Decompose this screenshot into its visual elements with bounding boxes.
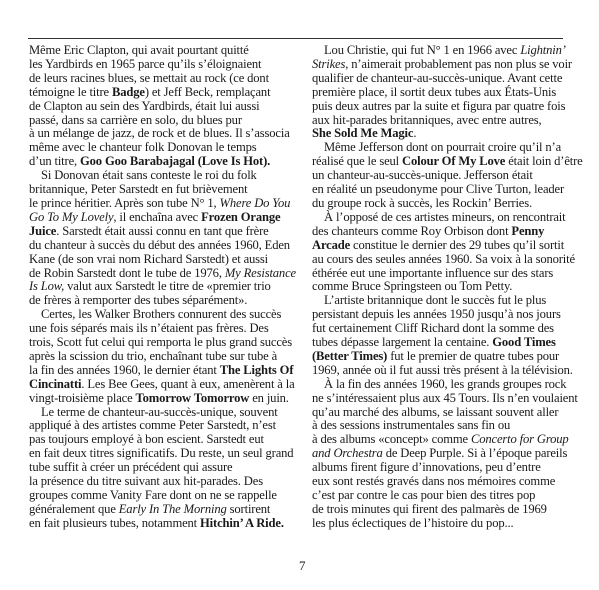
text-run: qu’au marché des albums, se laissant sou… — [312, 405, 558, 419]
text-line: À la fin des années 1960, les grands gro… — [312, 378, 574, 392]
text-run: à des albums «concept» comme — [312, 432, 471, 446]
text-line: L’artiste britannique dont le succès fut… — [312, 294, 574, 308]
text-run: à un mélange de jazz, de rock et de blue… — [29, 126, 290, 140]
header-rule — [28, 38, 563, 39]
text-run: à des sessions instrumentales sans fin o… — [312, 418, 510, 432]
text-line: Cincinatti. Les Bee Gees, quant à eux, a… — [29, 378, 291, 392]
italic-title: Strikes — [312, 57, 345, 71]
text-line: du groupe rock à succès, les Rockin’ Ber… — [312, 197, 574, 211]
italic-title: Concerto for Group — [471, 432, 569, 446]
text-run: en réalité un pseudonyme pour Clive Turt… — [312, 182, 564, 196]
text-line: première place, il sortit deux tubes aux… — [312, 86, 574, 100]
text-run: Certes, les Walker Brothers connurent de… — [41, 307, 281, 321]
text-run: . Sarstedt était aussi connu en tant que… — [56, 224, 268, 238]
text-run: en fait plusieurs tubes, notamment — [29, 516, 200, 530]
text-line: pas toujours employé à bon escient. Sars… — [29, 433, 291, 447]
text-run: Si Donovan était sans conteste le roi du… — [41, 168, 257, 182]
text-run: de frères à remporter des tubes séparéme… — [29, 293, 247, 307]
song-title: (Better Times) — [312, 349, 387, 363]
text-run: du chanteur à succès du début des années… — [29, 238, 290, 252]
text-run: fut le premier de quatre tubes pour — [387, 349, 559, 363]
text-line: trois, Scott fut celui qui remporta le p… — [29, 336, 291, 350]
text-line: Le terme de chanteur-au-succès-unique, s… — [29, 406, 291, 420]
text-line: Arcade constitue le dernier des 29 tubes… — [312, 239, 574, 253]
text-line: Si Donovan était sans conteste le roi du… — [29, 169, 291, 183]
text-run: ne s’intéressaient plus aux 45 Tours. Il… — [312, 391, 578, 405]
italic-title: Early In The Morning — [119, 502, 227, 516]
text-line: au cours des seules années 1960. Sa voix… — [312, 253, 574, 267]
song-title: Hitchin’ A Ride. — [200, 516, 284, 530]
text-line: c’est par contre le cas pour bien des ti… — [312, 489, 574, 503]
text-run: en fait deux titres significatifs. Du re… — [29, 446, 293, 460]
text-run: passé, dans sa carrière en solo, du blue… — [29, 113, 242, 127]
text-run: appliqué à des artistes comme Peter Sars… — [29, 418, 276, 432]
text-line: Lou Christie, qui fut N° 1 en 1966 avec … — [312, 44, 574, 58]
text-run: éthérée eut une importante influence sur… — [312, 266, 553, 280]
text-run: les plus éclectiques de l’histoire du po… — [312, 516, 514, 530]
text-line: la présence du titre suivant aux hit-par… — [29, 475, 291, 489]
text-run: de leurs racines blues, se mettait au ro… — [29, 71, 269, 85]
text-run: Le terme de chanteur-au-succès-unique, s… — [41, 405, 278, 419]
text-run: albums firent figure d’innovations, peu … — [312, 460, 541, 474]
text-run: Kane (de son vrai nom Richard Sarstedt) … — [29, 252, 268, 266]
text-run: tubes dépasse largement la centaine. — [312, 335, 492, 349]
text-line: Is Low, valut aux Sarstedt le titre de «… — [29, 280, 291, 294]
song-title: Goo Goo Barabajagal (Love Is Hot). — [80, 154, 270, 168]
text-run: la présence du titre suivant aux hit-par… — [29, 474, 263, 488]
text-line: puis deux autres par la suite et figura … — [312, 100, 574, 114]
text-run: au cours des seules années 1960. Sa voix… — [312, 252, 575, 266]
text-run: 1969, année où il fut aussi très présent… — [312, 363, 573, 377]
text-line: tube suffit à créer un précédent qui ass… — [29, 461, 291, 475]
text-run: vingt-troisième place — [29, 391, 136, 405]
text-run: du groupe rock à succès, les Rockin’ Ber… — [312, 196, 532, 210]
text-run: . — [413, 126, 416, 140]
text-line: groupes comme Vanity Fare dont on ne se … — [29, 489, 291, 503]
text-line: en fait plusieurs tubes, notamment Hitch… — [29, 517, 291, 531]
text-run: L’artiste britannique dont le succès fut… — [324, 293, 546, 307]
text-run: fut certainement Cliff Richard dont la s… — [312, 321, 554, 335]
text-run: en juin. — [249, 391, 289, 405]
text-run: persistant depuis les années 1950 jusqu’… — [312, 307, 561, 321]
text-line: à des albums «concept» comme Concerto fo… — [312, 433, 574, 447]
text-run: c’est par contre le cas pour bien des ti… — [312, 488, 535, 502]
text-run: même avec le chanteur folk Donovan le te… — [29, 140, 257, 154]
text-line: She Sold Me Magic. — [312, 127, 574, 141]
song-title: Arcade — [312, 238, 350, 252]
text-run: les Yardbirds en 1965 parce qu’ils s’élo… — [29, 57, 261, 71]
text-line: Strikes, n’aimerait probablement pas non… — [312, 58, 574, 72]
text-run: pas toujours employé à bon escient. Sars… — [29, 432, 264, 446]
text-line: après la scission du trio, enchaînant tu… — [29, 350, 291, 364]
song-title: Frozen Orange — [201, 210, 280, 224]
song-title: Cincinatti — [29, 377, 81, 391]
text-run: Même Eric Clapton, qui avait pourtant qu… — [29, 43, 249, 57]
text-run: puis deux autres par la suite et figura … — [312, 99, 565, 113]
text-line: éthérée eut une importante influence sur… — [312, 267, 574, 281]
text-run: d’un titre, — [29, 154, 80, 168]
song-title: Juice — [29, 224, 56, 238]
text-line: de Robin Sarstedt dont le tube de 1976, … — [29, 267, 291, 281]
text-line: une fois séparés mais ils n’étaient pas … — [29, 322, 291, 336]
text-line: tubes dépasse largement la centaine. Goo… — [312, 336, 574, 350]
italic-title: Lightnin’ — [520, 43, 566, 57]
text-run: tube suffit à créer un précédent qui ass… — [29, 460, 232, 474]
text-line: britannique, Peter Sarstedt en fut brièv… — [29, 183, 291, 197]
text-line: passé, dans sa carrière en solo, du blue… — [29, 114, 291, 128]
text-line: ne s’intéressaient plus aux 45 Tours. Il… — [312, 392, 574, 406]
text-line: un chanteur-au-succès-unique. Jefferson … — [312, 169, 574, 183]
text-line: persistant depuis les années 1950 jusqu’… — [312, 308, 574, 322]
text-run: la fin des années 1960, le dernier étant — [29, 363, 220, 377]
text-line: eux sont restés gravés dans nos mémoires… — [312, 475, 574, 489]
text-run: constitue le dernier des 29 tubes qu’il … — [350, 238, 564, 252]
text-run: première place, il sortit deux tubes aux… — [312, 85, 556, 99]
text-line: fut certainement Cliff Richard dont la s… — [312, 322, 574, 336]
text-run: valut aux Sarstedt le titre de «premier … — [64, 279, 271, 293]
text-line: même avec le chanteur folk Donovan le te… — [29, 141, 291, 155]
italic-title: Is Low, — [29, 279, 64, 293]
text-line: réalisé que le seul Colour Of My Love ét… — [312, 155, 574, 169]
text-run: . Les Bee Gees, quant à eux, amenèrent à… — [81, 377, 294, 391]
text-line: Juice. Sarstedt était aussi connu en tan… — [29, 225, 291, 239]
text-run: le prince héritier. Après son tube N° 1, — [29, 196, 220, 210]
text-line: appliqué à des artistes comme Peter Sars… — [29, 419, 291, 433]
text-run: était loin d’être — [505, 154, 582, 168]
song-title: Badge — [112, 85, 145, 99]
text-run: généralement que — [29, 502, 119, 516]
song-title: Colour Of My Love — [402, 154, 505, 168]
text-run: , il enchaîna avec — [113, 210, 201, 224]
text-run: groupes comme Vanity Fare dont on ne se … — [29, 488, 277, 502]
text-run: des chanteurs comme Roy Orbison dont — [312, 224, 511, 238]
italic-title: Where Do You — [220, 196, 291, 210]
text-line: en réalité un pseudonyme pour Clive Turt… — [312, 183, 574, 197]
text-run: un chanteur-au-succès-unique. Jefferson … — [312, 168, 533, 182]
text-run: aux hit-parades britanniques, avec entre… — [312, 113, 542, 127]
text-line: les plus éclectiques de l’histoire du po… — [312, 517, 574, 531]
italic-title: Go To My Lovely — [29, 210, 113, 224]
text-line: de frères à remporter des tubes séparéme… — [29, 294, 291, 308]
text-line: Même Jefferson dont on pourrait croire q… — [312, 141, 574, 155]
text-run: ) et Jeff Beck, remplaçant — [145, 85, 271, 99]
italic-title: My Resistance — [225, 266, 296, 280]
left-column: Même Eric Clapton, qui avait pourtant qu… — [29, 44, 291, 531]
song-title: Tomorrow Tomorrow — [136, 391, 250, 405]
song-title: The Lights Of — [220, 363, 294, 377]
text-line: qualifier de chanteur-au-succès-unique. … — [312, 72, 574, 86]
text-line: À l’opposé de ces artistes mineurs, on r… — [312, 211, 574, 225]
song-title: Penny — [511, 224, 544, 238]
text-run: sortirent — [227, 502, 271, 516]
text-run: britannique, Peter Sarstedt en fut brièv… — [29, 182, 247, 196]
text-line: qu’au marché des albums, se laissant sou… — [312, 406, 574, 420]
text-line: Kane (de son vrai nom Richard Sarstedt) … — [29, 253, 291, 267]
text-run: À l’opposé de ces artistes mineurs, on r… — [324, 210, 566, 224]
text-line: Certes, les Walker Brothers connurent de… — [29, 308, 291, 322]
text-line: d’un titre, Goo Goo Barabajagal (Love Is… — [29, 155, 291, 169]
text-line: de leurs racines blues, se mettait au ro… — [29, 72, 291, 86]
text-run: qualifier de chanteur-au-succès-unique. … — [312, 71, 562, 85]
text-run: témoigne le titre — [29, 85, 112, 99]
text-line: de trois minutes qui firent des palmarès… — [312, 503, 574, 517]
text-line: albums firent figure d’innovations, peu … — [312, 461, 574, 475]
page-number: 7 — [299, 558, 306, 574]
song-title: Good Times — [492, 335, 555, 349]
text-line: en fait deux titres significatifs. Du re… — [29, 447, 291, 461]
text-line: du chanteur à succès du début des années… — [29, 239, 291, 253]
text-run: de Clapton au sein des Yardbirds, était … — [29, 99, 260, 113]
text-run: après la scission du trio, enchaînant tu… — [29, 349, 277, 363]
text-run: une fois séparés mais ils n’étaient pas … — [29, 321, 269, 335]
text-line: de Clapton au sein des Yardbirds, était … — [29, 100, 291, 114]
text-line: à un mélange de jazz, de rock et de blue… — [29, 127, 291, 141]
text-line: le prince héritier. Après son tube N° 1,… — [29, 197, 291, 211]
text-line: and Orchestra de Deep Purple. Si à l’épo… — [312, 447, 574, 461]
right-column: Lou Christie, qui fut N° 1 en 1966 avec … — [312, 44, 574, 531]
text-run: eux sont restés gravés dans nos mémoires… — [312, 474, 555, 488]
text-line: témoigne le titre Badge) et Jeff Beck, r… — [29, 86, 291, 100]
text-run: , n’aimerait probablement pas non plus s… — [345, 57, 572, 71]
text-run: trois, Scott fut celui qui remporta le p… — [29, 335, 292, 349]
text-line: (Better Times) fut le premier de quatre … — [312, 350, 574, 364]
text-line: comme Bruce Springsteen ou Tom Petty. — [312, 280, 574, 294]
text-run: de Robin Sarstedt dont le tube de 1976, — [29, 266, 225, 280]
text-line: 1969, année où il fut aussi très présent… — [312, 364, 574, 378]
italic-title: and Orchestra — [312, 446, 383, 460]
text-run: de Deep Purple. Si à l’époque pareils — [383, 446, 568, 460]
text-line: les Yardbirds en 1965 parce qu’ils s’élo… — [29, 58, 291, 72]
song-title: She Sold Me Magic — [312, 126, 413, 140]
text-line: aux hit-parades britanniques, avec entre… — [312, 114, 574, 128]
text-run: Lou Christie, qui fut N° 1 en 1966 avec — [324, 43, 520, 57]
text-run: de trois minutes qui firent des palmarès… — [312, 502, 547, 516]
text-run: À la fin des années 1960, les grands gro… — [324, 377, 566, 391]
text-line: la fin des années 1960, le dernier étant… — [29, 364, 291, 378]
text-line: Même Eric Clapton, qui avait pourtant qu… — [29, 44, 291, 58]
text-run: Même Jefferson dont on pourrait croire q… — [324, 140, 561, 154]
text-line: des chanteurs comme Roy Orbison dont Pen… — [312, 225, 574, 239]
text-line: vingt-troisième place Tomorrow Tomorrow … — [29, 392, 291, 406]
text-run: réalisé que le seul — [312, 154, 402, 168]
text-line: généralement que Early In The Morning so… — [29, 503, 291, 517]
text-line: à des sessions instrumentales sans fin o… — [312, 419, 574, 433]
text-line: Go To My Lovely, il enchaîna avec Frozen… — [29, 211, 291, 225]
text-run: comme Bruce Springsteen ou Tom Petty. — [312, 279, 512, 293]
